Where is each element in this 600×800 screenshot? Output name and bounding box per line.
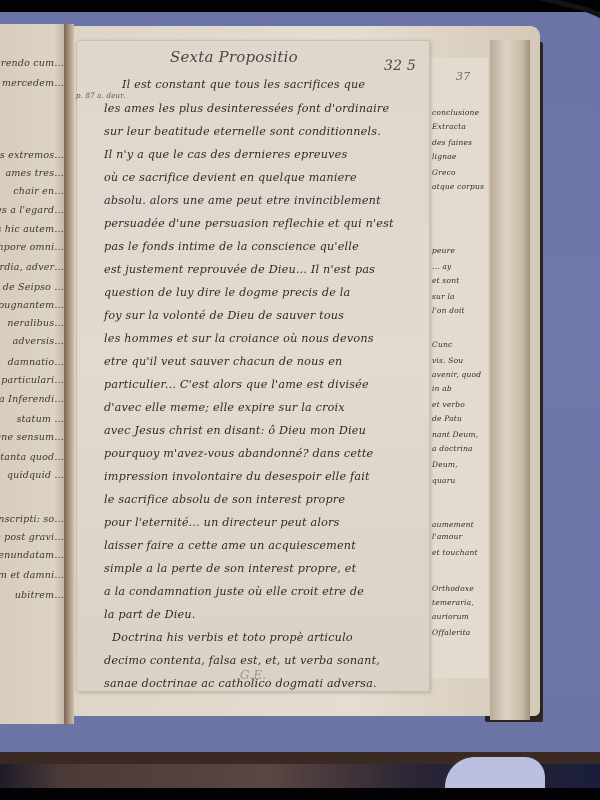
left-page-line: ...nam et damni <box>0 570 64 581</box>
right-margin-line: Orthodoxe <box>432 584 488 593</box>
book-spine-gutter <box>64 24 74 724</box>
manuscript-line: question de luy dire le dogme precis de … <box>104 286 350 299</box>
page-title: Sexta Propositio <box>170 48 298 66</box>
right-margin-line: lignae <box>432 152 488 161</box>
manuscript-line: pas le fonds intime de la conscience qu'… <box>104 240 359 253</box>
manuscript-line: pour l'eternité... un directeur peut alo… <box>104 516 340 529</box>
right-margin-line: peure <box>432 246 488 255</box>
manuscript-line: où ce sacrifice devient en quelque manie… <box>104 171 357 184</box>
manuscript-line: Il n'y a que le cas des dernieres epreuv… <box>104 148 347 161</box>
left-page-line: ...mercedem <box>0 78 64 89</box>
right-margin-line: l'on doit <box>432 306 488 315</box>
manuscript-line: avec Jesus christ en disant: ô Dieu mon … <box>104 424 366 437</box>
manuscript-line: etre qu'il veut sauver chacun de nous en <box>104 355 342 368</box>
manuscript-line: impression involontaire du desespoir ell… <box>104 470 370 483</box>
left-page-line: ... statum <box>0 414 64 425</box>
left-page-line: ... de Seipso <box>0 282 64 293</box>
manuscript-line: les hommes et sur la croiance où nous de… <box>104 332 374 345</box>
left-page-line: ...ubstanta quod <box>0 452 64 463</box>
left-page-line: ...tempore omni <box>0 242 64 253</box>
left-page-line: ...transcripti: so <box>0 514 64 525</box>
right-margin-line: l'amour <box>432 532 488 541</box>
right-margin-line: conclusione <box>432 108 488 117</box>
left-page-line: ...ue post gravi <box>0 532 64 543</box>
manuscript-line: foy sur la volonté de Dieu de sauver tou… <box>104 309 344 322</box>
right-margin-line: Offalerita <box>432 628 488 637</box>
margin-annotation: p. 87 a. deur. <box>76 92 125 100</box>
manuscript-line: persuadée d'une persuasion reflechie et … <box>104 217 394 230</box>
right-margin-line: a doctrina <box>432 444 488 453</box>
folio-number: 32 5 <box>384 58 416 74</box>
manuscript-line: simple a la perte de son interest propre… <box>104 562 356 575</box>
right-margin-line: et touchant <box>432 548 488 557</box>
manuscript-line: la part de Dieu. <box>104 608 196 621</box>
right-margin-line: quaru <box>432 476 488 485</box>
left-page-line: ...ames tres <box>0 168 64 179</box>
manuscript-line: est justement reprouvée de Dieu... Il n'… <box>104 263 375 276</box>
right-margin-line: vis. Sou <box>432 356 488 365</box>
left-page-line: ... quidquid <box>0 470 64 481</box>
right-margin-line: Deum, <box>432 460 488 469</box>
manuscript-line: a la condamnation juste où elle croit et… <box>104 585 364 598</box>
left-page-line: ...s hic autem <box>0 224 64 235</box>
manuscript-line: sur leur beatitude eternelle sont condit… <box>104 125 381 138</box>
left-page-line: ...ubitrem <box>0 590 64 601</box>
left-page-line: ...a particulari <box>0 375 64 386</box>
right-margin-line: sur la <box>432 292 488 301</box>
page-deckle-edge <box>490 40 530 720</box>
manuscript-line: absolu. alors une ame peut etre invincib… <box>104 194 381 207</box>
underlying-folio-number: 37 <box>456 70 470 83</box>
right-margin-line: aumement <box>432 520 488 529</box>
left-page-line: ...chair en <box>0 186 64 197</box>
left-page-line: ...damnatio <box>0 357 64 368</box>
left-page-line: ...renundatam <box>0 550 64 561</box>
right-margin-line: temeraria, <box>432 598 488 607</box>
left-page-line: ...uos extremos <box>0 150 64 161</box>
right-margin-line: de Patu <box>432 414 488 423</box>
manuscript-line: decimo contenta, falsa est, et, ut verba… <box>104 654 380 667</box>
manuscript-line: d'avec elle meme; elle expire sur la cro… <box>104 401 345 414</box>
right-margin-line: Extracta <box>432 122 488 131</box>
left-page-line: ...a Inferendi <box>0 394 64 405</box>
right-margin-line: ... ay <box>432 262 488 271</box>
right-margin-line: des faines <box>432 138 488 147</box>
right-margin-line: Greco <box>432 168 488 177</box>
manuscript-line: particulier... C'est alors que l'ame est… <box>104 378 369 391</box>
right-margin-line: atque corpus <box>432 182 488 191</box>
manuscript-line: Doctrina his verbis et toto propè articu… <box>112 631 353 644</box>
right-margin-line: in ab <box>432 384 488 393</box>
bottom-black-band <box>0 788 600 800</box>
library-stamp: G.E. <box>240 668 266 682</box>
left-page-line: ...ferendo cum <box>0 58 64 69</box>
left-page-line: ...neralibus <box>0 318 64 329</box>
manuscript-line: pourquoy m'avez-vous abandonné? dans cet… <box>104 447 373 460</box>
right-margin-line: avenir, quod <box>432 370 488 379</box>
right-margin-line: nant Deum, <box>432 430 488 439</box>
left-page-line: ...adversis <box>0 336 64 347</box>
left-page-line: ...bene sensum <box>0 432 64 443</box>
left-book-page <box>0 24 68 724</box>
right-margin-line: Cunc <box>432 340 488 349</box>
manuscript-line: le sacrifice absolu de son interest prop… <box>104 493 345 506</box>
left-page-line: ...mes a l'egard <box>0 205 64 216</box>
manuscript-line: Il est constant que tous les sacrifices … <box>122 78 365 91</box>
right-margin-line: et verbo <box>432 400 488 409</box>
right-margin-line: auriorum <box>432 612 488 621</box>
left-page-line: ...oppugnantem <box>0 300 64 311</box>
white-cloth <box>445 757 545 788</box>
manuscript-line: les ames les plus desinteressées font d'… <box>104 102 389 115</box>
top-black-band <box>0 0 600 12</box>
right-margin-line: et sont <box>432 276 488 285</box>
left-page-line: ...cordia, adver <box>0 262 64 273</box>
manuscript-line: laisser faire a cette ame un acquiesceme… <box>104 539 356 552</box>
